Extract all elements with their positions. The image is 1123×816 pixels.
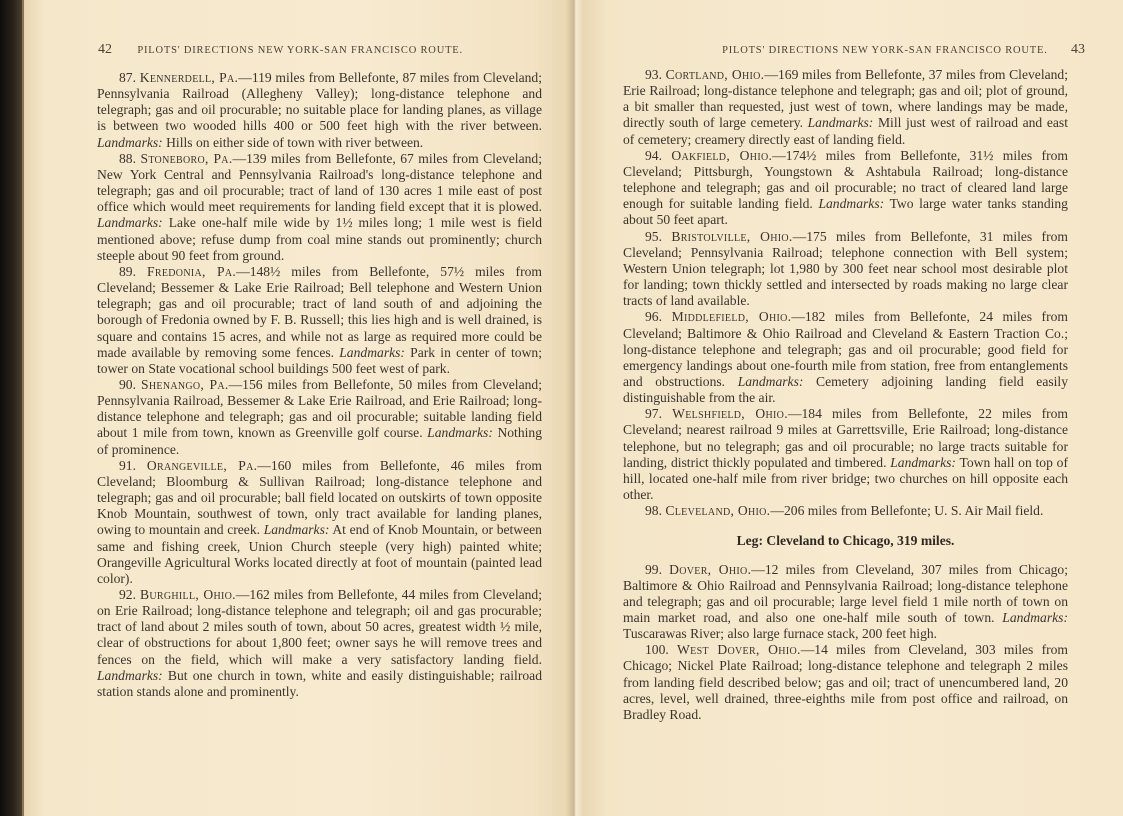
entry-number: 89. [119, 264, 136, 279]
page-number: 43 [1071, 42, 1085, 57]
landmarks-label: Landmarks: [264, 522, 330, 537]
entry-number: 96. [645, 309, 662, 324]
entry-description: —206 miles from Bellefonte; U. S. Air Ma… [770, 503, 1043, 518]
entry-number: 94. [645, 148, 662, 163]
left-page: 42 Pilots' Directions New York-San Franc… [22, 0, 577, 816]
book-binding-edge [0, 0, 22, 816]
landmarks-label: Landmarks: [339, 345, 405, 360]
landmarks-label: Landmarks: [890, 455, 956, 470]
landmarks-text: Hills on either side of town with river … [163, 135, 424, 150]
landmarks-label: Landmarks: [97, 135, 163, 150]
landmarks-text: But one church in town, white and easily… [97, 668, 542, 699]
place-name: Welshfield, Ohio. [672, 406, 788, 421]
entry: 93. Cortland, Ohio.—169 miles from Belle… [623, 67, 1068, 148]
entry-number: 87. [119, 70, 136, 85]
entry: 96. Middlefield, Ohio.—182 miles from Be… [623, 309, 1068, 406]
entry: 98. Cleveland, Ohio.—206 miles from Bell… [623, 503, 1068, 519]
place-name: Oakfield, Ohio. [671, 148, 772, 163]
landmarks-label: Landmarks: [97, 215, 163, 230]
entry: 95. Bristolville, Ohio.—175 miles from B… [623, 229, 1068, 310]
entry-number: 97. [645, 406, 662, 421]
entry: 92. Burghill, Ohio.—162 miles from Belle… [97, 587, 542, 700]
landmarks-label: Landmarks: [427, 425, 493, 440]
place-name: Dover, Ohio. [669, 562, 751, 577]
entry: 88. Stoneboro, Pa.—139 miles from Bellef… [97, 151, 542, 264]
entry-number: 95. [645, 229, 662, 244]
right-page-body: 93. Cortland, Ohio.—169 miles from Belle… [623, 67, 1068, 723]
landmarks-text: Tuscarawas River; also large furnace sta… [623, 626, 937, 641]
place-name: Shenango, Pa. [141, 377, 229, 392]
landmarks-label: Landmarks: [818, 196, 884, 211]
place-name: Kennerdell, Pa. [140, 70, 239, 85]
place-name: Stoneboro, Pa. [140, 151, 232, 166]
entry-number: 99. [645, 562, 662, 577]
running-head-title: Pilots' Directions New York-San Francisc… [722, 45, 1048, 56]
entry-number: 93. [645, 67, 662, 82]
entry-number: 98. [645, 503, 662, 518]
place-name: Orangeville, Pa. [147, 458, 257, 473]
page-number: 42 [98, 42, 112, 57]
entry: 100. West Dover, Ohio.—14 miles from Cle… [623, 642, 1068, 723]
landmarks-label: Landmarks: [97, 668, 163, 683]
entry: 87. Kennerdell, Pa.—119 miles from Belle… [97, 70, 542, 151]
entry-number: 90. [119, 377, 136, 392]
place-name: Cortland, Ohio. [666, 67, 765, 82]
place-name: Burghill, Ohio. [140, 587, 236, 602]
leg-heading: Leg: Cleveland to Chicago, 319 miles. [623, 533, 1068, 549]
entry-number: 100. [645, 642, 669, 657]
place-name: Cleveland, Ohio. [665, 503, 770, 518]
landmarks-label: Landmarks: [1002, 610, 1068, 625]
right-page: Pilots' Directions New York-San Francisc… [575, 0, 1123, 816]
entry: 90. Shenango, Pa.—156 miles from Bellefo… [97, 377, 542, 458]
entry-number: 92. [119, 587, 136, 602]
landmarks-label: Landmarks: [738, 374, 804, 389]
entry: 91. Orangeville, Pa.—160 miles from Bell… [97, 458, 542, 587]
entry-number: 88. [119, 151, 136, 166]
running-head-left: 42 Pilots' Directions New York-San Franc… [98, 42, 538, 58]
entry: 89. Fredonia, Pa.—148½ miles from Bellef… [97, 264, 542, 377]
entry: 97. Welshfield, Ohio.—184 miles from Bel… [623, 406, 1068, 503]
running-head-title: Pilots' Directions New York-San Francisc… [137, 45, 463, 56]
entry: 99. Dover, Ohio.—12 miles from Cleveland… [623, 562, 1068, 643]
entry-number: 91. [119, 458, 136, 473]
entry: 94. Oakfield, Ohio.—174½ miles from Bell… [623, 148, 1068, 229]
left-page-body: 87. Kennerdell, Pa.—119 miles from Belle… [97, 70, 542, 700]
place-name: Fredonia, Pa. [147, 264, 236, 279]
place-name: Bristolville, Ohio. [671, 229, 792, 244]
running-head-right: Pilots' Directions New York-San Francisc… [615, 42, 1085, 58]
landmarks-text: Lake one-half mile wide by 1½ miles long… [97, 215, 542, 262]
place-name: Middlefield, Ohio. [672, 309, 792, 324]
place-name: West Dover, Ohio. [677, 642, 801, 657]
landmarks-label: Landmarks: [808, 115, 874, 130]
